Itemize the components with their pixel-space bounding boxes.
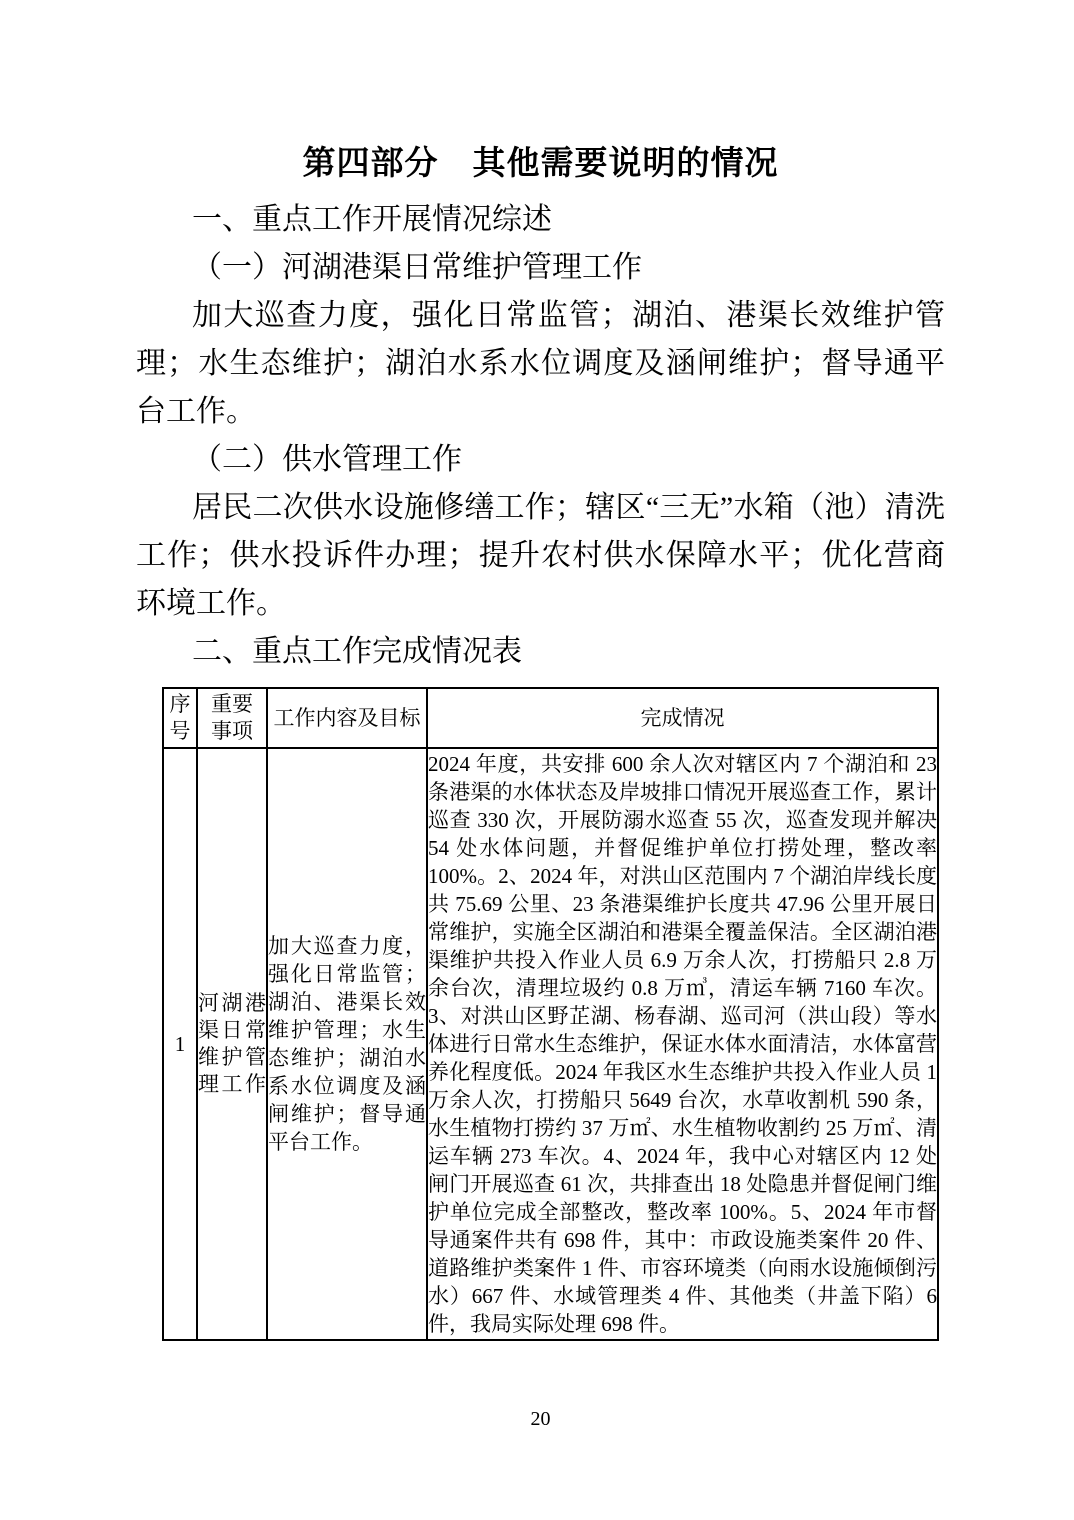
document-page: 第四部分 其他需要说明的情况 一、重点工作开展情况综述 （一）河湖港渠日常维护管… bbox=[0, 0, 1074, 1520]
header-cell-goal: 工作内容及目标 bbox=[267, 688, 427, 748]
subsection-heading-2: （二）供水管理工作 bbox=[136, 436, 945, 484]
paragraph-1: 加大巡查力度，强化日常监管；湖泊、港渠长效维护管理；水生态维护；湖泊水系水位调度… bbox=[136, 292, 945, 436]
paragraph-2: 居民二次供水设施修缮工作；辖区“三无”水箱（池）清洗工作；供水投诉件办理；提升农… bbox=[136, 484, 945, 628]
document-body: 一、重点工作开展情况综述 （一）河湖港渠日常维护管理工作 加大巡查力度，强化日常… bbox=[136, 196, 945, 676]
row-goal-cell: 加大巡查力度，强化日常监管；湖泊、港渠长效维护管理；水生态维护；湖泊水系水位调度… bbox=[267, 748, 427, 1340]
page-title: 第四部分 其他需要说明的情况 bbox=[136, 138, 945, 188]
table-header-row: 序号 重要事项 工作内容及目标 完成情况 bbox=[163, 688, 938, 748]
row-index-cell: 1 bbox=[163, 748, 197, 1340]
completion-table: 序号 重要事项 工作内容及目标 完成情况 1 河湖港渠日常维护管理工作 加大巡查… bbox=[162, 687, 939, 1341]
section-heading-1: 一、重点工作开展情况综述 bbox=[136, 196, 945, 244]
header-cell-index: 序号 bbox=[163, 688, 197, 748]
header-cell-completion: 完成情况 bbox=[427, 688, 938, 748]
subsection-heading-1: （一）河湖港渠日常维护管理工作 bbox=[136, 244, 945, 292]
row-completion-cell: 2024 年度，共安排 600 余人次对辖区内 7 个湖泊和 23 条港渠的水体… bbox=[427, 748, 938, 1340]
completion-table-body: 1 河湖港渠日常维护管理工作 加大巡查力度，强化日常监管；湖泊、港渠长效维护管理… bbox=[163, 748, 938, 1340]
row-item-cell: 河湖港渠日常维护管理工作 bbox=[197, 748, 267, 1340]
table-row: 1 河湖港渠日常维护管理工作 加大巡查力度，强化日常监管；湖泊、港渠长效维护管理… bbox=[163, 748, 938, 1340]
header-cell-item: 重要事项 bbox=[197, 688, 267, 748]
page-number: 20 bbox=[136, 1406, 945, 1432]
completion-table-header: 序号 重要事项 工作内容及目标 完成情况 bbox=[163, 688, 938, 748]
section-heading-2: 二、重点工作完成情况表 bbox=[136, 628, 945, 676]
